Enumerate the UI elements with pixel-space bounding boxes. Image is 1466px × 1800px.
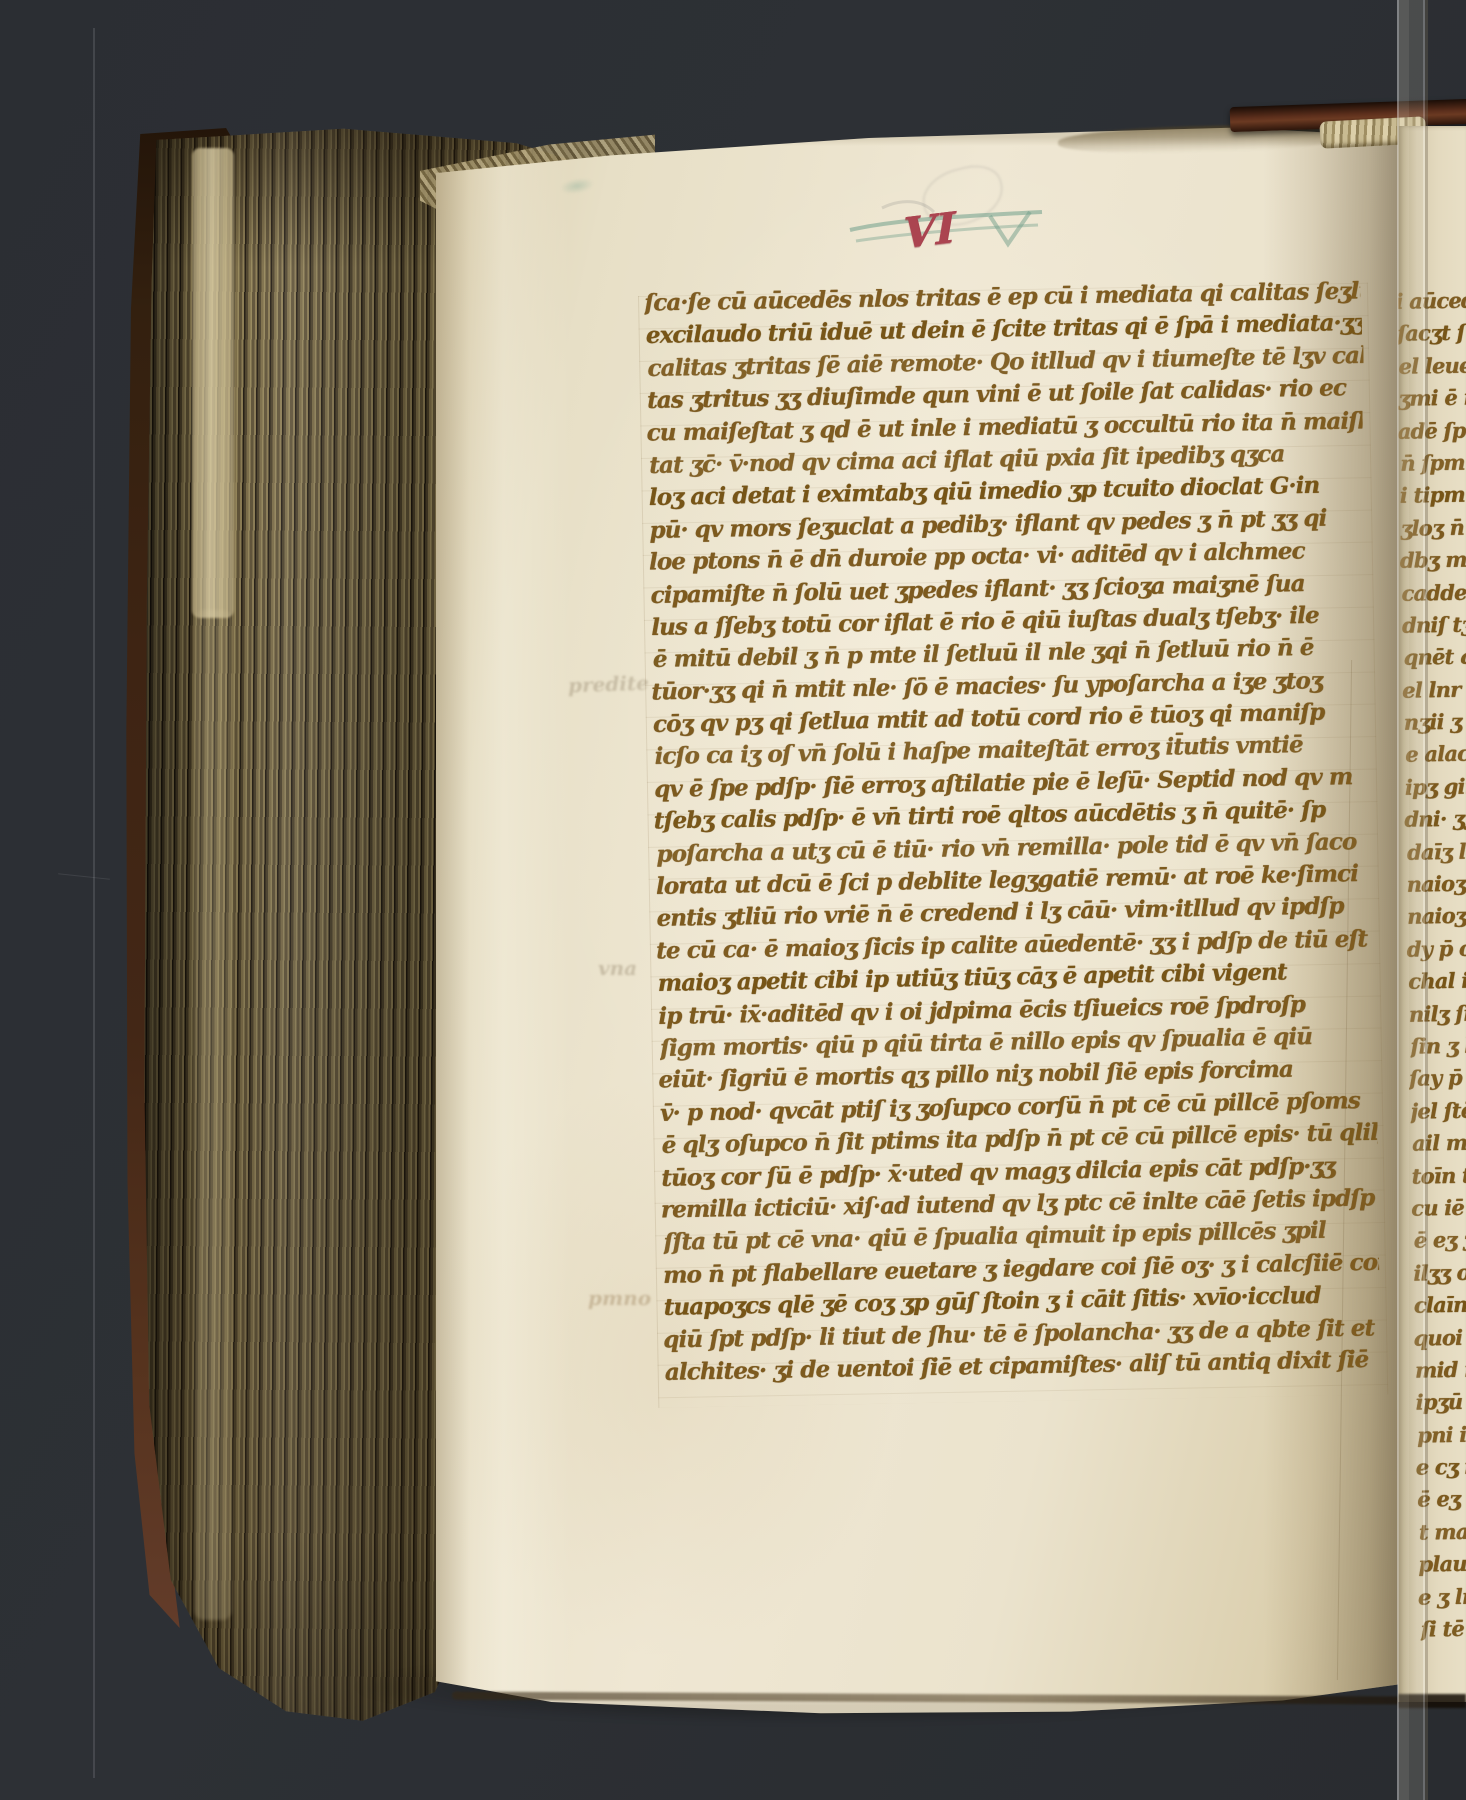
margin-showthrough-2: vna <box>598 956 637 980</box>
scan-scratch-line <box>93 28 95 1778</box>
flyleaf-highlight-bottom <box>194 610 232 1620</box>
main-text-block: ſca·ſe cū aūcedēs nlos tritas ē ep cū i … <box>645 275 1381 1389</box>
scan-scratch-small <box>58 873 110 879</box>
margin-showthrough-3: pmno <box>588 1286 651 1310</box>
folio-numeral-red: VI <box>903 203 956 259</box>
flyleaf-highlight-top <box>192 148 234 618</box>
acrylic-holding-strip <box>1397 0 1428 1800</box>
manuscript-photo: ſca·ſe cū aūcedēs nlos tritas ē ep cū i … <box>0 0 1466 1800</box>
margin-showthrough-1: predite <box>568 671 650 698</box>
